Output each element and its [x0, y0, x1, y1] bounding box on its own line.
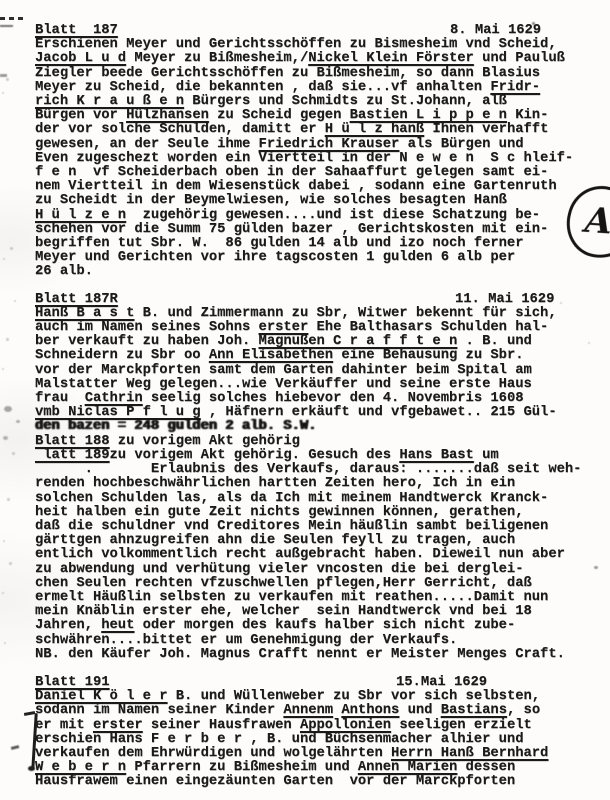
underlined-text: erster	[259, 320, 309, 335]
text-line: Jacob L u d Meyer zu Bißmesheim,/Nickel …	[35, 52, 595, 66]
text-line: chen Seulen rechten vfzuschwellen pflege…	[35, 577, 595, 591]
underlined-text: Daniel K ö l e r	[35, 689, 167, 704]
section-header: Blatt 187R11. Mai 1629	[35, 293, 595, 307]
underlined-text: Annenm	[283, 703, 333, 718]
entry-date: 11. Mai 1629	[455, 293, 554, 307]
underlined-text: Anthons	[341, 703, 399, 718]
scan-speck	[2, 92, 4, 94]
blatt-number: Blatt 191	[35, 675, 110, 690]
underlined-text: heut	[101, 618, 134, 633]
text-line: sodann im Namen seiner Kinder Annenm Ant…	[35, 704, 595, 718]
text-line: solchen Schulden las, als da Ich mit mei…	[35, 492, 595, 506]
underlined-text: Herrn Hanß Bernhard	[391, 746, 548, 761]
scan-speck	[4, 406, 12, 412]
underlined-text: Hülzhansen	[126, 108, 209, 123]
text-line: Ziegler beede Gerichtsschöffen zu Bißmes…	[35, 67, 595, 81]
text-line: Hanß B a s t B. und Zimmermann zu Sbr, W…	[35, 307, 595, 321]
scan-speck	[2, 592, 4, 594]
margin-bracket-dash	[11, 745, 19, 749]
text-line: heit halben ein gute Zeit nichts gewinne…	[35, 506, 595, 520]
text-line: Jahren, heut oder morgen des kaufs halbe…	[35, 619, 595, 633]
text-line: NB. den Käufer Joh. Magnus Crafft nennt …	[35, 648, 595, 662]
text-line: H ü l z e n zugehörig gewesen....und ist…	[35, 209, 595, 223]
text-line: Blatt 188 zu vorigem Akt gehörig	[35, 435, 595, 449]
text-line: Malstatter Weg gelegen...wie Verkäuffer …	[35, 378, 595, 392]
section-header: Blatt 19115.Mai 1629	[35, 676, 595, 690]
underlined-text: rich K r a u ß e n	[35, 94, 184, 109]
text-line: ermelt Häußlin selbsten zu verkaufen mit…	[35, 591, 595, 605]
underlined-text: Nickel Klein Förster	[308, 51, 474, 66]
underlined-text: H ü l z e n	[35, 208, 126, 223]
text-line: erschien Hans F e r b e r , B. und Büchs…	[35, 733, 595, 747]
scan-artifact-left-dash	[0, 74, 7, 77]
entry-date: 15.Mai 1629	[396, 676, 487, 690]
scan-speck	[2, 368, 4, 370]
scan-speck	[10, 247, 13, 250]
underlined-text: Jacob L u d	[35, 51, 126, 66]
scan-speck	[3, 540, 5, 542]
text-line: Schneidern zu Sbr oo Ann Elisabethen ein…	[35, 349, 595, 363]
text-line: daß die schuldner vnd Creditores Mein hä…	[35, 520, 595, 534]
underlined-text: Fridr-	[490, 80, 540, 95]
blatt-number: Blatt 187	[35, 23, 118, 38]
text-line: vor der Marckpforten samt dem Garten dah…	[35, 364, 595, 378]
scan-artifact-top-dashes	[0, 17, 27, 20]
scan-speck	[16, 420, 20, 423]
margin-bracket-top	[24, 711, 35, 715]
text-line: renden hochbeschwährlichen hartten Zeite…	[35, 477, 595, 491]
blatt-number: Blatt 187R	[35, 292, 118, 307]
scan-speck	[4, 642, 6, 644]
text-line: der vor solche Schulden, damitt er H ü l…	[35, 123, 595, 137]
section-blatt-187: Blatt 1878. Mai 1629Erschienen Meyer und…	[35, 24, 595, 280]
scan-speck	[6, 78, 9, 81]
text-line: 26 alb.	[35, 265, 595, 279]
text-line: Hausfrawem einen eingezäunten Garten vor…	[35, 775, 595, 789]
section-header: Blatt 1878. Mai 1629	[35, 24, 595, 38]
underlined-text: Bastians	[441, 703, 507, 718]
scan-speck	[14, 300, 16, 302]
underlined-text: H ü l z hanß	[325, 122, 424, 137]
scan-speck	[7, 498, 10, 501]
underlined-text: Cathrin	[85, 391, 143, 406]
text-line: Meyer und Gerichten vor ihre tagscosten …	[35, 251, 595, 265]
text-line: schwähren....bittet er um Genehmigung de…	[35, 634, 595, 648]
circled-letter: A	[584, 199, 610, 242]
scan-speck	[9, 562, 12, 565]
text-line: gewesen, an der Seule ihme Friedrich Kra…	[35, 138, 595, 152]
section-blatt-191: Blatt 19115.Mai 1629Daniel K ö l e r B. …	[35, 676, 595, 790]
smudged-text: den bazen = 248 gulden 2 alb. S.W.	[35, 419, 317, 434]
scanned-document-page: Blatt 1878. Mai 1629Erschienen Meyer und…	[0, 0, 610, 800]
underlined-text: W e b e r n	[35, 760, 126, 775]
scan-speck	[532, 22, 535, 25]
underlined-text: Ann Elisabethen	[209, 348, 333, 363]
underlined-text: Hans Bast	[399, 448, 474, 463]
scan-speck	[3, 436, 8, 440]
entry-date: 8. Mai 1629	[450, 24, 541, 38]
underlined-text: Blatt 188	[35, 434, 110, 449]
underlined-text: Bastien L i p p e n	[350, 108, 507, 123]
section-blatt-188-189: Blatt 188 zu vorigem Akt gehörig‾latt 18…	[35, 435, 595, 662]
underlined-text: Hanß B a s t	[35, 306, 134, 321]
text-line: schehen vor die Summ 75 gülden bazer , G…	[35, 223, 595, 237]
scan-speck	[588, 342, 590, 344]
scan-speck	[560, 302, 562, 304]
section-blatt-187R: Blatt 187R11. Mai 1629Hanß B a s t B. un…	[35, 293, 595, 435]
scan-speck	[594, 566, 598, 569]
text-line: Meyer zu Scheid, die bekannten , daß sie…	[35, 81, 595, 95]
scan-speck	[12, 452, 15, 455]
text-line: den bazen = 248 gulden 2 alb. S.W.	[35, 420, 595, 434]
margin-bracket-foot	[28, 766, 35, 771]
scan-speck	[6, 338, 9, 341]
text-line: Even zugeschezt worden ein Viertteil in …	[35, 152, 595, 166]
underlined-text: Annen Marien	[358, 760, 457, 775]
document-body: Blatt 1878. Mai 1629Erschienen Meyer und…	[35, 24, 595, 790]
scan-artifact-top-dash2	[0, 25, 13, 27]
text-line: ‾latt 189zu vorigem Akt gehörig. Gesuch …	[35, 449, 595, 463]
text-line: zu Scheidt in der Beymelwiesen, wie solc…	[35, 194, 595, 208]
underlined-text: ‾latt 189	[35, 448, 110, 463]
scan-speck	[3, 258, 5, 260]
underlined-text: Friedrich Krauser	[259, 137, 400, 152]
text-line: er mit erster seiner Hausfrawen Appollon…	[35, 719, 595, 733]
underlined-text: Appollonien	[300, 718, 391, 733]
text-line: entlich volkommentlich recht außgebracht…	[35, 548, 595, 562]
underlined-text: erster	[93, 718, 143, 733]
text-line: zu abwendung und verhütung vieler vncost…	[35, 563, 595, 577]
